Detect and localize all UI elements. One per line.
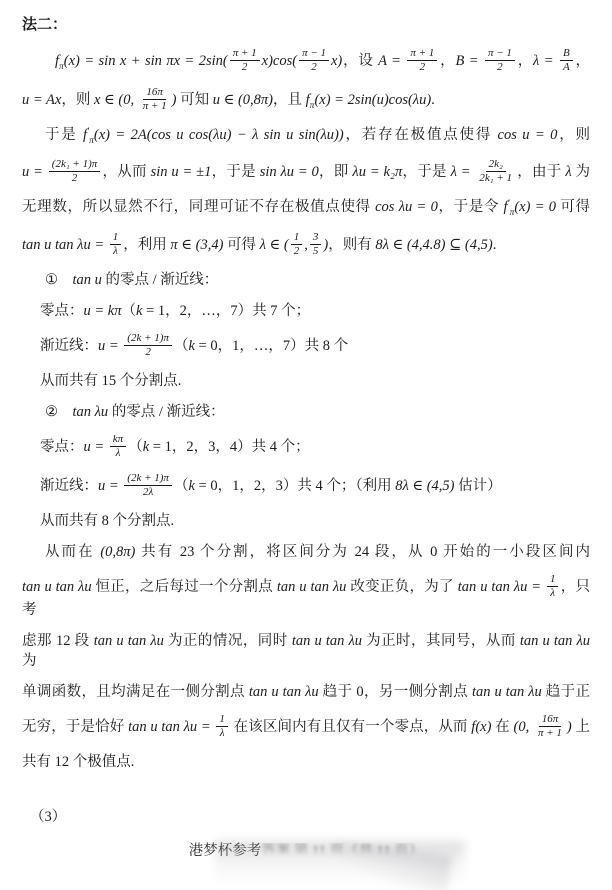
math-run: f(x)	[471, 719, 491, 735]
text-run: .	[493, 237, 497, 253]
paragraph-line: 零点：u = kπλ（k = 1，2，3，4）共 4 个；	[22, 434, 590, 461]
math-run: tan u	[73, 272, 102, 288]
paragraph-line: 从而共有 8 个分割点.	[22, 512, 590, 531]
solution-body: fπ(x) = sin x + sin πx = 2sin(π + 12x)co…	[22, 48, 590, 772]
text-run: 零点：	[40, 303, 84, 319]
paragraph-line: 渐近线：u = (2k + 1)π2λ（k = 0，1，2，3）共 4 个；（利…	[22, 473, 590, 500]
text-run: 可知	[176, 92, 212, 108]
text-run: 零点：	[40, 439, 84, 455]
fraction: 16ππ + 1	[535, 713, 565, 740]
paragraph-line: tan u tan λu 恒正，之后每过一个分割点 tan u tan λu 改…	[22, 574, 590, 620]
text-run: 无穷，于是恰好	[22, 719, 128, 735]
paragraph-line: 渐近线：u = (2k + 1)π2（k = 0，1，…，7）共 8 个	[22, 333, 590, 360]
fraction: 12	[291, 231, 303, 258]
math-run: tan u tan λu	[292, 633, 362, 649]
text-run: ，则	[61, 92, 94, 108]
paragraph-line: 从而在 (0,8π) 共有 23 个分割，将区间分为 24 段，从 0 开始的一…	[22, 543, 590, 562]
text-run: = 0，1，2，3）共 4 个；（利用	[195, 478, 395, 494]
paragraph-line: u = (2k₁ + 1)π2，从而 sin u = ±1，于是 sin λu …	[22, 159, 590, 186]
footer-clear-text: 港梦杯参考	[189, 843, 262, 859]
text-run: 虑那 12 段	[22, 633, 94, 649]
fraction: π + 12	[230, 47, 260, 74]
fraction: π − 12	[299, 47, 329, 74]
text-run: 共有 23 个分割，将区间分为 24 段，从 0 开始的一小段区间内	[135, 544, 590, 560]
text-run: 无理数，所以显然不行，同理可证不存在极值点使得	[22, 199, 375, 215]
text-run: 渐近线：	[40, 338, 98, 354]
text-run: = 0，1，…，7）共 8 个	[195, 338, 348, 354]
text-run: ②	[45, 404, 73, 420]
math-run: sin u = ±1	[151, 164, 212, 180]
paragraph-line: 共有 12 个极值点.	[22, 753, 590, 772]
math-run: u =	[22, 164, 47, 180]
text-run: 改变正负，为了	[346, 579, 457, 595]
paragraph-line: 无穷，于是恰好 tan u tan λu = 1λ 在该区间内有且仅有一个零点，…	[22, 714, 590, 741]
text-run: 上	[572, 719, 590, 735]
text-run: （	[174, 338, 189, 354]
document-page: 法二： fπ(x) = sin x + sin πx = 2sin(π + 12…	[0, 0, 612, 890]
paragraph-line: 零点：u = kπ（k = 1，2，…，7）共 7 个；	[22, 302, 590, 321]
text-run: ，	[575, 53, 590, 69]
math-run: ,	[304, 237, 308, 253]
math-run: A =	[378, 53, 405, 69]
math-run: u = kπ	[84, 303, 122, 319]
text-run: 从而共有 8 个分割点.	[40, 513, 174, 529]
section-heading: 法二：	[22, 13, 590, 34]
text-run: 于是	[45, 127, 83, 143]
math-run: cos λu = 0	[375, 199, 438, 215]
text-run: 为正的情况，同时	[164, 633, 292, 649]
paragraph-line: 无理数，所以显然不行，同理可证不存在极值点使得 cos λu = 0，于是令 f…	[22, 198, 590, 220]
fraction: π − 12	[485, 47, 515, 74]
text-run: ，且	[273, 92, 306, 108]
math-run: tan u tan λu =	[22, 237, 108, 253]
text-run: 趋于 0，另一侧分割点	[319, 684, 472, 700]
text-run: 的零点 / 渐近线：	[108, 404, 224, 420]
text-run: 的零点 / 渐近线：	[102, 272, 218, 288]
math-run: 8λ ∈ (4,5)	[395, 478, 454, 494]
text-run: ，即	[319, 164, 353, 180]
math-run: sin λu = 0	[260, 164, 319, 180]
text-run: ，于是	[211, 164, 259, 180]
math-run: (x) = 2A(cos u cos(λu) − λ sin u sin(λu)…	[94, 127, 344, 143]
math-run: (0,	[514, 719, 533, 735]
math-run: cos u = 0	[498, 127, 558, 143]
paragraph-line: 从而共有 15 个分割点.	[22, 372, 590, 391]
text-run: 在	[491, 719, 513, 735]
fraction: 16ππ + 1	[140, 86, 170, 113]
math-run: λu = k₂π	[352, 164, 402, 180]
math-run: (x) = 2sin(u)cos(λu)	[314, 92, 431, 108]
text-run: ，则	[557, 127, 590, 143]
fraction: (2k + 1)π2	[124, 332, 172, 359]
text-run: ，	[439, 53, 455, 69]
math-run: tan u tan λu	[249, 684, 319, 700]
fraction: (2k + 1)π2λ	[124, 472, 172, 499]
math-run: λ ∈ (	[260, 237, 289, 253]
text-run: 估计）	[455, 478, 502, 494]
math-run: λ =	[451, 164, 475, 180]
math-run: tan u tan λu	[520, 633, 590, 649]
math-run: u ∈ (0,8π)	[213, 92, 273, 108]
math-run: x ∈ (0,	[94, 92, 138, 108]
text-run: 共有 12 个极值点.	[22, 754, 134, 770]
text-run: = 1，2，3，4）共 4 个；	[149, 439, 309, 455]
text-run: 为	[22, 653, 37, 669]
text-run: ，于是	[402, 164, 450, 180]
fraction: π + 12	[407, 47, 437, 74]
part-3-label: （3）	[22, 805, 590, 826]
text-run: ，则有	[328, 237, 375, 253]
text-run: （	[174, 478, 189, 494]
text-run: 单调函数，且均满足在一侧分割点	[22, 684, 249, 700]
text-run: = 1，2，…，7）共 7 个；	[142, 303, 310, 319]
fraction: BA	[560, 47, 573, 74]
paragraph-line: 单调函数，且均满足在一侧分割点 tan u tan λu 趋于 0，另一侧分割点…	[22, 683, 590, 702]
math-run: u =	[98, 338, 122, 354]
fraction: 1λ	[547, 573, 559, 600]
math-run: λ =	[533, 53, 558, 69]
text-run: 渐近线：	[40, 478, 98, 494]
paragraph-line: ② tan λu 的零点 / 渐近线：	[22, 403, 590, 422]
math-run: tan u tan λu =	[458, 579, 545, 595]
paragraph-line: fπ(x) = sin x + sin πx = 2sin(π + 12x)co…	[22, 48, 590, 75]
text-run: ，若存在极值点使得	[344, 127, 498, 143]
math-run: B =	[455, 53, 483, 69]
text-run: ，设	[342, 53, 378, 69]
math-run: tan u tan λu	[277, 579, 347, 595]
math-run: u = Ax	[22, 92, 61, 108]
text-run: ，于是令	[438, 199, 504, 215]
text-run: ，由于	[517, 164, 565, 180]
fraction: 1λ	[216, 713, 228, 740]
paragraph-line: ① tan u 的零点 / 渐近线：	[22, 271, 590, 290]
text-run: 趋于正	[542, 684, 590, 700]
math-run: x)cos(	[262, 53, 297, 69]
text-run: 可得	[223, 237, 259, 253]
text-run: ，从而	[102, 164, 150, 180]
fraction: 35	[310, 231, 322, 258]
math-run: (0,8π)	[100, 544, 135, 560]
math-run: (x) = sin x + sin πx = 2sin(	[64, 53, 228, 69]
text-run: ，利用	[123, 237, 170, 253]
text-run: （	[122, 303, 137, 319]
math-run: x)	[331, 53, 342, 69]
text-run: 从而在	[45, 544, 100, 560]
math-run: (x) = 0	[514, 199, 556, 215]
fraction: (2k₁ + 1)π2	[49, 158, 100, 185]
math-run: tan u tan λu =	[128, 719, 214, 735]
text-run: 从而共有 15 个分割点.	[40, 373, 181, 389]
page-footer: 港梦杯参考答案 第 11 页（共 11 页）	[22, 839, 590, 860]
math-run: tan u tan λu	[94, 633, 164, 649]
math-run: 8λ ∈ (4,4.8) ⊆ (4,5)	[375, 237, 492, 253]
text-run: 在该区间内有且仅有一个零点，从而	[230, 719, 471, 735]
fraction: 1λ	[110, 231, 122, 258]
paragraph-line: 虑那 12 段 tan u tan λu 为正的情况，同时 tan u tan …	[22, 632, 590, 670]
fraction: 2k₂2k₁ + 1	[476, 158, 515, 185]
text-run: ①	[45, 272, 73, 288]
math-run: tan λu	[73, 404, 109, 420]
math-run: tan u tan λu	[22, 579, 92, 595]
paragraph-line: 于是 f′π(x) = 2A(cos u cos(λu) − λ sin u s…	[22, 126, 590, 148]
text-run: ，	[517, 53, 533, 69]
paragraph-line: u = Ax，则 x ∈ (0, 16ππ + 1) 可知 u ∈ (0,8π)…	[22, 87, 590, 114]
text-run: 为	[572, 164, 590, 180]
math-run: u =	[84, 439, 108, 455]
math-run: tan u tan λu	[472, 684, 542, 700]
math-run: u =	[98, 478, 122, 494]
text-run: .	[431, 92, 435, 108]
paragraph-line: tan u tan λu = 1λ，利用 π ∈ (3,4) 可得 λ ∈ (1…	[22, 232, 590, 259]
text-run: （	[128, 439, 143, 455]
footer-smudged-text: 答案 第 11 页（共 11 页）	[261, 843, 423, 859]
text-run: 可得	[556, 199, 590, 215]
math-run: π ∈ (3,4)	[170, 237, 223, 253]
text-run: 恒正，之后每过一个分割点	[92, 579, 277, 595]
text-run: 为正时，其同号，从而	[362, 633, 520, 649]
fraction: kπλ	[110, 433, 126, 460]
